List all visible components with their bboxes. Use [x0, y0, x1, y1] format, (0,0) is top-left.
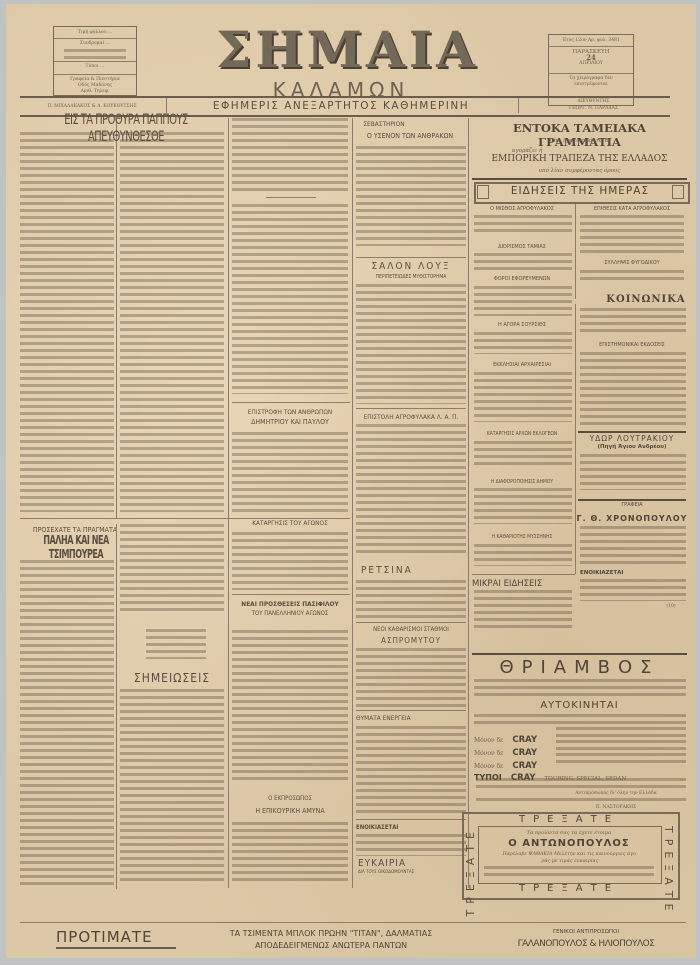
news-item-title: Η ΚΑΘΑΡΙΟΤΗΣ ΜΥΣΣΗΝΗΣ [472, 534, 572, 540]
news-item-title: ΕΠΙΘΕΣΙΣ ΚΑΤΑ ΑΓΡΟΦΥΛΑΚΟΣ [578, 206, 686, 212]
mikrai-text [474, 590, 572, 630]
masthead-left-box: Τιμή φύλλου ... Συνδρομαί ... Τύποι ... … [53, 26, 137, 96]
col3-low-headline-1: ΝΕΟΙ ΚΑΘΑΡΙΣΜΟΙ ΣΤΑΘΜΟΙ [356, 626, 466, 633]
news-item-text [474, 544, 572, 566]
triumph-agent: Αντιπρόσωπος δι' όλην την Ελλάδα [546, 791, 686, 797]
newspaper-page: Τιμή φύλλου ... Συνδρομαί ... Τύποι ... … [6, 4, 696, 958]
news-item-text [474, 372, 572, 422]
left-box-line: Τιμή φύλλου ... [54, 30, 136, 36]
col2-mid-text-2 [232, 532, 348, 590]
treksate-line-1: Τα προϊόντα σας τα έχετε έτοιμα [480, 830, 658, 836]
news-item-title: Ο ΜΙΣΘΟΣ ΑΓΡΟΦΥΛΑΚΟΣ [472, 206, 572, 212]
office-ad-text [580, 526, 686, 566]
col3-mid-text [356, 424, 466, 554]
treksate-name: Ο ΑΝΤΩΝΟΠΟΥΛΟΣ [480, 838, 658, 849]
news-item-title: ΕΚΚΛΗΣΙΑΙ ΑΡΧΑΙΡΕΣΙΑΙ [472, 362, 572, 368]
triumph-footer-text [476, 778, 686, 790]
left-mid-kicker: ΠΡΟΣΕΧΑΤΕ ΤΑ ΠΡΑΓΜΑΤΑ [20, 526, 130, 534]
col3-top-text [356, 146, 466, 246]
bank-ad-line: Τόκι προεισπράττεται [472, 138, 687, 144]
epistimonikai-text [580, 352, 686, 427]
lead-article-text-cont [120, 132, 224, 512]
col3-top-headline: Ο ΥΣΕΝΟΝ ΤΩΝ ΑΝΘΡΑΚΩΝ [354, 132, 466, 140]
salon-text [356, 284, 466, 404]
left-box-line: Αριθ. Τηλεφ. [54, 89, 136, 95]
news-item-title: ΚΑΤΑΡΓΗΣΙΣ ΑΡΧΩΝ ΕΚΛΟΓΕΩΝ [472, 431, 572, 437]
simeioseis-headline: ΣΗΜΕΙΩΣΕΙΣ [120, 671, 224, 685]
news-item-title: ΣΥΛΛΗΨΙΣ ΦΥΓΟΔΙΚΟΥ [578, 260, 686, 266]
col3-low-text [356, 648, 466, 708]
mikrai-heading: ΜΙΚΡΑΙ ΕΙΔΗΣΕΙΣ [472, 579, 572, 589]
footer-cement-line-1: ΤΑ ΤΣΙΜΕΝΤΑ ΜΠΛΟΚ ΠΡΩΗΝ "ΤΙΤΑΝ", ΔΑΛΜΑΤΙ… [186, 929, 476, 938]
month: ΑΠΡΙΛΙΟΥ [549, 61, 633, 67]
col2-mid-headline-2: ΔΗΜΗΤΡΙΟΥ ΚΑΙ ΠΑΥΛΟΥ [232, 418, 348, 426]
col2-mid-text [232, 432, 348, 512]
treksate-bottom: ΤΡΕΞΑΤΕ [478, 883, 660, 894]
banner-ornament-right [672, 185, 684, 199]
col3-bottom-text [356, 834, 466, 856]
news-banner-title: ΕΙΔΗΣΕΙΣ ΤΗΣ ΗΜΕΡΑΣ [491, 185, 669, 197]
bank-ad-title: ΕΝΤΟΚΑ ΤΑΜΕΙΑΚΑ ΓΡΑΜΜΑΤΙΑ [472, 121, 687, 149]
left-box-line: Συνδρομαί ... [54, 41, 136, 47]
col3-low-headline-2: ΑΣΠΡΟΜΥΤΟΥ [356, 636, 466, 645]
col3-bottom-headline-2: ΕΥΚΑΙΡΙΑ [358, 858, 438, 869]
news-item-text [474, 332, 572, 354]
enoikiazetai-text [580, 579, 686, 601]
salon-headline: ΣΑΛΟΝ ΛΟΥΞ [356, 261, 466, 272]
masthead-title: ΣΗΜΑΙΑ [216, 24, 466, 76]
col2-bottom-text [232, 822, 348, 884]
treksate-left: ΤΡΕΞΑΤΕ [464, 826, 477, 916]
office-ad-name: Γ. Θ. ΧΡΟΝΟΠΟΥΛΟΥ [572, 514, 692, 523]
automobiles-heading: ΑΥΤΟΚΙΝΗΤΑΙ [472, 700, 687, 711]
footer-cement-line-2: ΑΠΟΔΕΔΕΙΓΜΕΝΩΣ ΑΝΩΤΕΡΑ ΠΑΝΤΩΝ [186, 941, 476, 950]
footer-agents-label: ΓΕΝΙΚΟΙ ΑΝΤΙΠΡΟΣΩΠΟΙ [496, 929, 676, 935]
enoikiazetai-label: ΕΝΟΙΚΙΑΖΕΤΑΙ [580, 570, 640, 576]
banner-ornament-left [477, 185, 489, 199]
col2-low-headline-1: ΝΕΑΙ ΠΡΟΣΘΕΣΕΙΣ ΠΑΣΙΦΙΛΟΥ [232, 600, 348, 608]
news-item-text [474, 253, 572, 271]
col3-mid-headline: ΕΠΙΣΤΟΛΗ ΑΓΡΟΦΥΛΑΚΑ Λ. Α. Π. [356, 413, 466, 421]
col2-text-top [232, 118, 348, 192]
news-item-text [580, 215, 684, 255]
lead-article-text [20, 132, 114, 512]
news-item-title: ΔΙΟΡΙΣΜΟΣ ΤΑΜΙΑΣ [472, 244, 572, 250]
col3-top-kicker: ΣΕΒΑΣΤΗΡΙΟΝ [354, 120, 414, 128]
bank-name: ΕΜΠΟΡΙΚΗ ΤΡΑΠΕΖΑ ΤΗΣ ΕΛΛΑΔΟΣ [472, 154, 687, 164]
left-box-line: Τύποι ... [54, 64, 136, 70]
director-name: ΓΕΩΡΓ. Ν. ΠΑΡΑΔΑΣ [521, 106, 666, 112]
news-item-text [580, 270, 684, 284]
office-ad-label: ΓΡΑΦΕΙΑ [578, 502, 686, 508]
news-item-title: ΦΟΡΟΙ ΕΦΟΡΕΥΜΕΝΩΝ [472, 276, 572, 282]
treksate-right: ΤΡΕΞΑΤΕ [662, 826, 675, 916]
news-item-title: Η ΔΙΑΦΟΡΟΠΟΙΗΣΙΣ ΔΗΜΟΥ [472, 479, 572, 485]
bank-ad-line: υπό λίαν συμφέροντας όρους [472, 168, 687, 174]
news-item-text [474, 286, 572, 316]
news-item-text [474, 488, 572, 524]
col3-low-text-2 [356, 726, 466, 816]
treksate-line-2: Παρέλαβε ΨΑΘΑΚΙΑ Μελέτην και τις καινούρ… [482, 852, 658, 858]
automobiles-text [474, 714, 686, 726]
koinonika-heading: ΚΟΙΝΩΝΙΚΑ [606, 294, 686, 305]
left-mid-text [20, 560, 114, 885]
water-ad-subtitle: (Πηγή Άγιου Ανδρέου) [578, 444, 686, 450]
water-ad-title: ΥΔΩΡ ΛΟΥΤΡΑΚΙΟΥ [578, 434, 686, 443]
col2-bottom-headline-2: Η ΕΠΙΚΟΥΡΙΚΗ ΑΜΥΝΑ [232, 807, 348, 815]
water-ad-text [580, 454, 686, 490]
footer-prefer: ΠΡΟΤΙΜΑΤΕ [56, 928, 176, 949]
footer-agents-name: ΓΑΛΑΝΟΠΟΥΛΟΣ & ΗΛΙΟΠΟΥΛΟΣ [496, 939, 676, 949]
col2-mid-headline-3: ΚΑΤΑΡΓΗΣΙΣ ΤΟΥ ΑΓΩΝΟΣ [232, 519, 348, 527]
triumph-agent-name: Π. ΝΑΣΤΟΡΑΚΗΣ [546, 805, 686, 811]
news-item-title: Η ΑΓΟΡΑ ΣΟΥΡΣΙΘΣ [472, 322, 572, 328]
triumph-title: ΘΡΙΑΜΒΟΣ [472, 657, 687, 678]
center-left-text [120, 524, 224, 614]
triumph-text [474, 679, 686, 699]
col3-bottom-headline-1: ΕΝΟΙΚΙΑΣΕΤΑΙ [356, 824, 416, 831]
treksate-line-3: ράς με τιμάς ευκαιρίας [482, 859, 658, 865]
col2-low-text [232, 630, 348, 780]
epistimonikai-heading: ΕΠΙΣΤΗΜΟΝΙΚΑΙ ΕΚΔΟΣΕΙΣ [578, 342, 686, 348]
salon-subhead: ΠΕΡΙΠΕΤΕΙΩΔΕΣ ΜΥΘΙΣΤΟΡΗΜΑ [356, 274, 466, 280]
issue-number: Έτος 12ον Αρ. φυλ. 3481 [549, 38, 633, 44]
manuscript-note: Τα χειρόγραφα δεν επιστρέφονται [549, 76, 633, 88]
retsina-headline: ΡΕΤΣΙΝΑ [361, 565, 421, 576]
koinonika-text [580, 308, 686, 336]
treksate-top: ΤΡΕΞΑΤΕ [478, 814, 660, 825]
simeioseis-text [120, 689, 224, 884]
col2-mid-headline-1: ΕΠΙΣΤΡΟΦΗ ΤΩΝ ΑΝΘΡΩΠΩΝ [232, 408, 348, 416]
col3-low-headline-3: ΘΥΜΑΤΑ ΕΝΕΡΓΕΙΑ [356, 714, 436, 722]
col2-low-headline-2: ΤΟΥ ΠΑΝΕΛΛΗΝΙΟΥ ΑΓΩΝΟΣ [232, 610, 348, 617]
col3-bottom-headline-3: ΔΙΑ ΤΟΥΣ ΟΙΚΟΔΟΜΟΥΝΤΑΣ [358, 870, 458, 875]
price-tag: (10) [661, 604, 681, 610]
retsina-text [356, 580, 466, 620]
col2-bottom-headline-1: Ο ΕΚΠΡΟΣΩΠΟΣ [232, 795, 348, 802]
news-item-text [474, 215, 572, 233]
director-label: ΔΙΕΥΘΥΝΤΗΣ [521, 99, 666, 105]
publisher-credit: Π. ΜΙΧΑΛΑΚΑΚΟΣ & Α. ΚΟΥΚΟΥΤΣΗΣ [22, 104, 162, 110]
center-left-sign [146, 629, 206, 659]
col2-text [232, 204, 348, 394]
news-item-text [474, 441, 572, 469]
